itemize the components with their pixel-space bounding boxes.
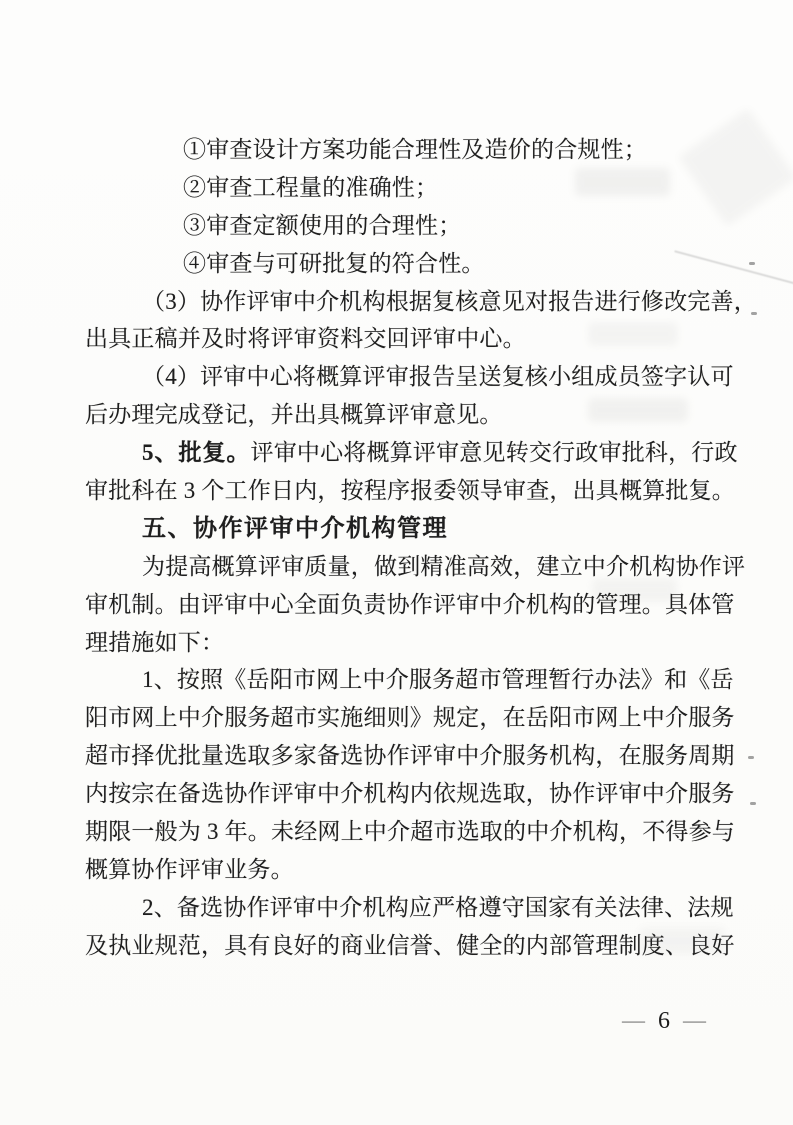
text-line: 审批科在 3 个工作日内，按程序报委领导审查，出具概算批复。: [85, 472, 717, 510]
scan-speck: [750, 802, 756, 805]
text-line: 2、备选协作评审中介机构应严格遵守国家有关法律、法规: [85, 889, 717, 927]
numbered-item-4: ④审查与可研批复的符合性。: [85, 245, 717, 283]
scan-speck: [749, 262, 755, 265]
page-number: — 6 —: [622, 1006, 706, 1036]
text-line: 及执业规范，具有良好的商业信誉、健全的内部管理制度、良好: [85, 927, 717, 965]
scan-speck: [748, 756, 754, 759]
text-line: 阳市网上中介服务超市实施细则》规定，在岳阳市网上中介服务: [85, 699, 717, 737]
text-line: （4）评审中心将概算评审报告呈送复核小组成员签字认可: [85, 358, 717, 396]
text-line: 概算协作评审业务。: [85, 851, 717, 889]
numbered-item-2: ②审查工程量的准确性；: [85, 169, 717, 207]
section-heading: 五、协作评审中介机构管理: [85, 510, 717, 548]
text-line: 内按宗在备选协作评审中介机构内依规选取，协作评审中介服务: [85, 775, 717, 813]
document-body: ①审查设计方案功能合理性及造价的合规性； ②审查工程量的准确性； ③审查定额使用…: [85, 131, 717, 965]
text-line: 审机制。由评审中心全面负责协作评审中介机构的管理。具体管: [85, 586, 717, 624]
text-line: 出具正稿并及时将评审资料交回评审中心。: [85, 320, 717, 358]
text-line: 1、按照《岳阳市网上中介服务超市管理暂行办法》和《岳: [85, 661, 717, 699]
text-line: 理措施如下：: [85, 624, 717, 662]
page-number-dash-left: —: [622, 1011, 645, 1032]
text-line: 超市择优批量选取多家备选协作评审中介服务机构，在服务周期: [85, 737, 717, 775]
text-line: （3）协作评审中介机构根据复核意见对报告进行修改完善，: [85, 283, 717, 321]
numbered-item-1: ①审查设计方案功能合理性及造价的合规性；: [85, 131, 717, 169]
page-number-dash-right: —: [683, 1011, 706, 1032]
step-5-approval-line: 5、批复。评审中心将概算评审意见转交行政审批科，行政: [85, 434, 717, 472]
text-line: 为提高概算评审质量，做到精准高效，建立中介机构协作评: [85, 548, 717, 586]
text-line: 期限一般为 3 年。未经网上中介超市选取的中介机构，不得参与: [85, 813, 717, 851]
scanned-document-page: ①审查设计方案功能合理性及造价的合规性； ②审查工程量的准确性； ③审查定额使用…: [0, 0, 793, 1125]
page-number-value: 6: [658, 1008, 670, 1035]
text-line: 后办理完成登记，并出具概算评审意见。: [85, 396, 717, 434]
numbered-item-3: ③审查定额使用的合理性；: [85, 207, 717, 245]
